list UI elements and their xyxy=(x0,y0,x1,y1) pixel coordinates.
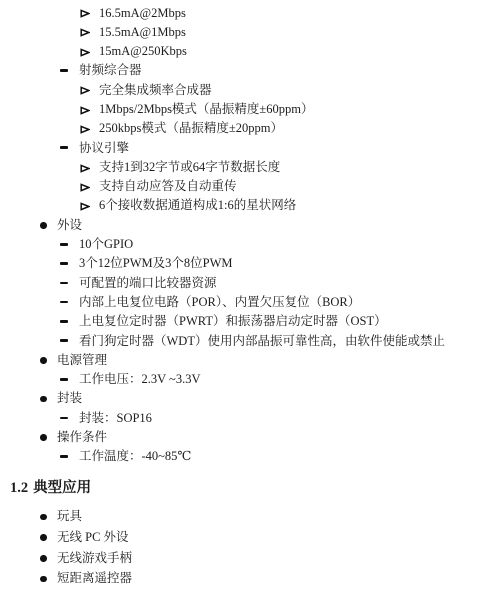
list-item: 250kbps模式（晶振精度±20ppm） xyxy=(0,119,504,138)
bullet-dash-icon xyxy=(60,244,79,246)
bullet-arrow-icon xyxy=(80,47,99,57)
list-item: 封装：SOP16 xyxy=(0,409,504,428)
list-item-text: 可配置的端口比较器资源 xyxy=(79,274,217,293)
list-item-text: 完全集成频率合成器 xyxy=(99,81,212,100)
list-item: 射频综合器 xyxy=(0,61,504,80)
section-title: 典型应用 xyxy=(33,480,91,496)
list-item: 看门狗定时器（WDT）使用内部晶振可靠性高，由软件使能或禁止 xyxy=(0,332,504,351)
bullet-arrow-icon xyxy=(80,105,99,115)
bullet-arrow-icon xyxy=(80,8,99,18)
list-item: 可配置的端口比较器资源 xyxy=(0,274,504,293)
list-item: 6个接收数据通道构成1:6的星状网络 xyxy=(0,196,504,215)
list-item: 封装 xyxy=(0,389,504,408)
list-item-text: 外设 xyxy=(57,216,82,235)
bullet-circle-icon xyxy=(40,555,57,562)
list-item-text: 无线 PC 外设 xyxy=(57,528,129,547)
bullet-dash-icon xyxy=(60,456,79,458)
list-item: 16.5mA@2Mbps xyxy=(0,4,504,23)
applications-list: 玩具 无线 PC 外设 无线游戏手柄 短距离遥控器 xyxy=(0,507,504,590)
bullet-dash-icon xyxy=(60,302,79,304)
list-item-text: 3个12位PWM及3个8位PWM xyxy=(79,254,232,273)
bullet-circle-icon xyxy=(40,434,57,441)
list-item-text: 无线游戏手柄 xyxy=(57,549,132,568)
list-item-text: 15mA@250Kbps xyxy=(99,42,187,61)
list-item-text: 协议引擎 xyxy=(79,139,129,158)
list-item-text: 16.5mA@2Mbps xyxy=(99,4,186,23)
list-item: 3个12位PWM及3个8位PWM xyxy=(0,254,504,273)
list-item-text: 玩具 xyxy=(57,507,82,526)
list-item-text: 250kbps模式（晶振精度±20ppm） xyxy=(99,119,283,138)
list-item-text: 1Mbps/2Mbps模式（晶振精度±60ppm） xyxy=(99,100,314,119)
list-item: 外设 xyxy=(0,216,504,235)
bullet-dash-icon xyxy=(60,321,79,323)
list-item: 10个GPIO xyxy=(0,235,504,254)
bullet-dash-icon xyxy=(60,263,79,265)
list-item: 上电复位定时器（PWRT）和振荡器启动定时器（OST） xyxy=(0,312,504,331)
list-item: 玩具 xyxy=(0,507,504,528)
list-item-text: 支持1到32字节或64字节数据长度 xyxy=(99,158,280,177)
list-item: 支持1到32字节或64字节数据长度 xyxy=(0,158,504,177)
list-item-text: 看门狗定时器（WDT）使用内部晶振可靠性高，由软件使能或禁止 xyxy=(79,332,445,351)
section-number: 1.2 xyxy=(10,480,28,496)
bullet-circle-icon xyxy=(40,222,57,229)
list-item-text: 封装：SOP16 xyxy=(79,409,152,428)
list-item: 电源管理 xyxy=(0,351,504,370)
list-item-text: 支持自动应答及自动重传 xyxy=(99,177,237,196)
bullet-dash-icon xyxy=(60,283,79,285)
bullet-arrow-icon xyxy=(80,124,99,134)
bullet-dash-icon xyxy=(60,70,79,72)
list-item: 短距离遥控器 xyxy=(0,569,504,590)
list-item: 工作温度：-40~85℃ xyxy=(0,447,504,466)
list-item-text: 电源管理 xyxy=(57,351,107,370)
list-item: 15mA@250Kbps xyxy=(0,42,504,61)
list-item-text: 射频综合器 xyxy=(79,61,142,80)
list-item-text: 短距离遥控器 xyxy=(57,569,132,588)
list-item: 协议引擎 xyxy=(0,139,504,158)
bullet-circle-icon xyxy=(40,357,57,364)
list-item: 操作条件 xyxy=(0,428,504,447)
list-item: 完全集成频率合成器 xyxy=(0,81,504,100)
list-item: 1Mbps/2Mbps模式（晶振精度±60ppm） xyxy=(0,100,504,119)
list-item-text: 10个GPIO xyxy=(79,235,133,254)
list-item-text: 封装 xyxy=(57,389,82,408)
bullet-dash-icon xyxy=(60,379,79,381)
bullet-arrow-icon xyxy=(80,163,99,173)
bullet-dash-icon xyxy=(60,340,79,342)
datasheet-page: 16.5mA@2Mbps 15.5mA@1Mbps 15mA@250Kbps 射… xyxy=(0,0,504,600)
list-item-text: 工作温度：-40~85℃ xyxy=(79,447,191,466)
bullet-circle-icon xyxy=(40,514,57,521)
list-item: 工作电压：2.3V ~3.3V xyxy=(0,370,504,389)
list-item: 无线 PC 外设 xyxy=(0,527,504,548)
bullet-arrow-icon xyxy=(80,201,99,211)
list-item-text: 上电复位定时器（PWRT）和振荡器启动定时器（OST） xyxy=(79,312,387,331)
feature-list: 16.5mA@2Mbps 15.5mA@1Mbps 15mA@250Kbps 射… xyxy=(0,0,504,467)
bullet-circle-icon xyxy=(40,576,57,583)
bullet-arrow-icon xyxy=(80,182,99,192)
list-item-text: 6个接收数据通道构成1:6的星状网络 xyxy=(99,196,296,215)
list-item: 15.5mA@1Mbps xyxy=(0,23,504,42)
list-item: 无线游戏手柄 xyxy=(0,548,504,569)
list-item-text: 操作条件 xyxy=(57,428,107,447)
list-item-text: 工作电压：2.3V ~3.3V xyxy=(79,370,200,389)
bullet-dash-icon xyxy=(60,147,79,149)
list-item-text: 内部上电复位电路（POR）、内置欠压复位（BOR） xyxy=(79,293,360,312)
list-item-text: 15.5mA@1Mbps xyxy=(99,23,186,42)
bullet-arrow-icon xyxy=(80,85,99,95)
list-item: 支持自动应答及自动重传 xyxy=(0,177,504,196)
bullet-circle-icon xyxy=(40,396,57,403)
bullet-arrow-icon xyxy=(80,27,99,37)
bullet-circle-icon xyxy=(40,534,57,541)
section-heading: 1.2典型应用 xyxy=(10,478,504,498)
list-item: 内部上电复位电路（POR）、内置欠压复位（BOR） xyxy=(0,293,504,312)
bullet-dash-icon xyxy=(60,418,79,420)
